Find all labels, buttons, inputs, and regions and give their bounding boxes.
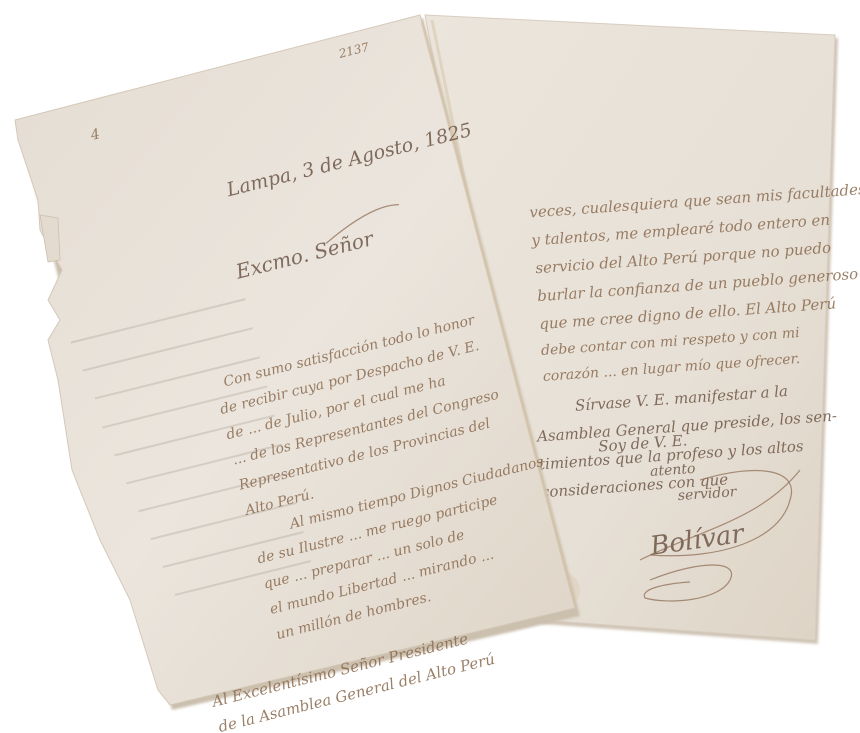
photo-scene: veces, cualesquiera que sean mis faculta… <box>0 0 860 733</box>
torn-flap <box>40 215 60 262</box>
letters-photo: veces, cualesquiera que sean mis faculta… <box>0 0 860 733</box>
closing-line: atento <box>650 461 696 480</box>
